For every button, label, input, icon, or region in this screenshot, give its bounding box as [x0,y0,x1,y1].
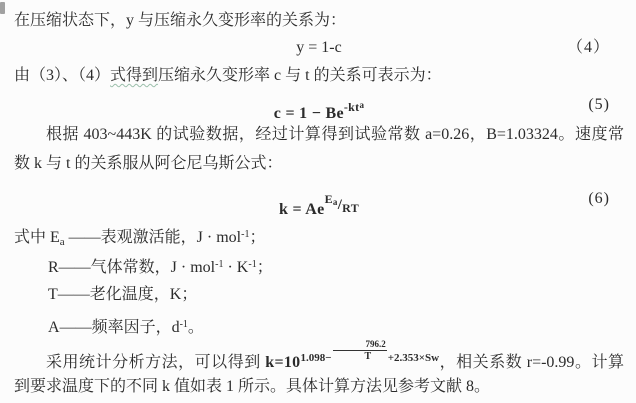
equation-6-Ea-E: E [325,192,333,206]
equation-5-exponent: -kta [344,100,364,114]
paragraph-constants-line2-text: 数 k 与 t 的关系服从阿仑尼乌斯公式： [14,155,282,172]
paragraph-statistics-pre: 采用统计分析方法，可以得到 [46,354,265,371]
paragraph-derivation-pre: 由（3）、（4） [14,67,110,84]
paragraph-statistics-line2: 到要求温度下的不同 k 值如表 1 所示。具体计算方法见参考文献 8。 [14,374,624,400]
scan-artifact [0,2,5,14]
definition-R: R——气体常数，J · mol-1 · K-1； [48,250,624,280]
definition-R-lead: R [48,259,59,276]
definition-Ea: 式中 Ea ——表观激活能，J · mol-1； [14,220,624,250]
paragraph-intro: 在压缩状态下，y 与压缩永久变形率的关系为： [14,6,624,34]
definition-A-tail: 。 [188,319,204,336]
paragraph-intro-text: 在压缩状态下，y 与压缩永久变形率的关系为： [14,12,346,29]
definition-Ea-dash: —— [65,229,101,246]
definition-Ea-lead: 式中 E [14,229,60,246]
equation-4-body: y = 1-c [296,39,341,56]
definition-T: T——老化温度，K； [48,280,624,310]
definition-A-dash: —— [60,319,92,336]
definition-A: A——频率因子，d-1。 [48,310,624,340]
definition-R-tail: ； [257,259,273,276]
k-formula-base: k=10 [265,354,300,371]
equation-6: k = AeEa/RT (6) [14,178,624,220]
paragraph-constants-line2: 数 k 与 t 的关系服从阿仑尼乌斯公式： [14,150,624,178]
k-formula-fraction-denominator: T [333,351,387,362]
paragraph-statistics-line2-text: 到要求温度下的不同 k 值如表 1 所示。具体计算方法见参考文献 8。 [14,378,490,395]
equation-5-exp-text: -kt [344,100,360,114]
definition-T-label: 老化温度，K； [90,286,198,303]
equation-4: y = 1-c （4） [14,34,624,62]
definition-R-sup2: -1 [248,259,256,270]
equation-6-exp-numerator: Ea [325,192,338,206]
paragraph-constants-line1: 根据 403~443K 的试验数据，经过计算得到试验常数 a=0.26，B=1.… [14,120,624,150]
paragraph-statistics-line1: 采用统计分析方法，可以得到 k=101.098−796.2T+2.353×Sw，… [14,340,624,374]
equation-4-number: （4） [567,34,610,62]
k-formula-exponent: 1.098−796.2T+2.353×Sw [300,352,439,364]
equation-5: c = 1 − Be-kta (5) [14,90,624,120]
definition-Ea-label: 表观激活能，J · mol [101,229,241,246]
k-formula-fraction-numerator: 796.2 [333,340,387,351]
definition-R-label: 气体常数，J · mol [91,259,215,276]
grammar-underlined-text: 式得到 [110,67,158,84]
document-page: 在压缩状态下，y 与压缩永久变形率的关系为： y = 1-c （4） 由（3）、… [0,0,636,403]
equation-6-base: k = Ae [279,201,325,218]
definition-Ea-tail: ； [249,229,265,246]
paragraph-derivation-post: 压缩永久变形率 c 与 t 的关系可表示为： [158,67,442,84]
k-formula-exp-b: +2.353×Sw [388,352,439,364]
definition-R-mid: · K [223,259,248,276]
k-formula-fraction: 796.2T [333,340,387,362]
equation-6-body: k = AeEa/RT [279,201,359,218]
equation-5-base: c = 1 − Be [274,105,344,122]
definition-A-lead: A [48,319,60,336]
equation-6-exp-denominator: RT [342,201,359,215]
equation-5-exp-exp: a [359,100,364,110]
paragraph-constants-line1-text: 根据 403~443K 的试验数据，经过计算得到试验常数 a=0.26，B=1.… [46,126,624,143]
equation-5-number: (5) [588,90,610,120]
k-formula-exp-a: 1.098− [300,352,331,364]
equation-6-number: (6) [588,178,610,220]
definition-T-dash: —— [58,286,90,303]
definition-R-dash: —— [59,259,91,276]
paragraph-derivation: 由（3）、（4）式得到压缩永久变形率 c 与 t 的关系可表示为： [14,62,624,90]
definition-A-label: 频率因子，d [92,319,180,336]
definition-A-sup: -1 [180,319,188,330]
equation-5-body: c = 1 − Be-kta [274,105,365,122]
definition-T-lead: T [48,286,58,303]
